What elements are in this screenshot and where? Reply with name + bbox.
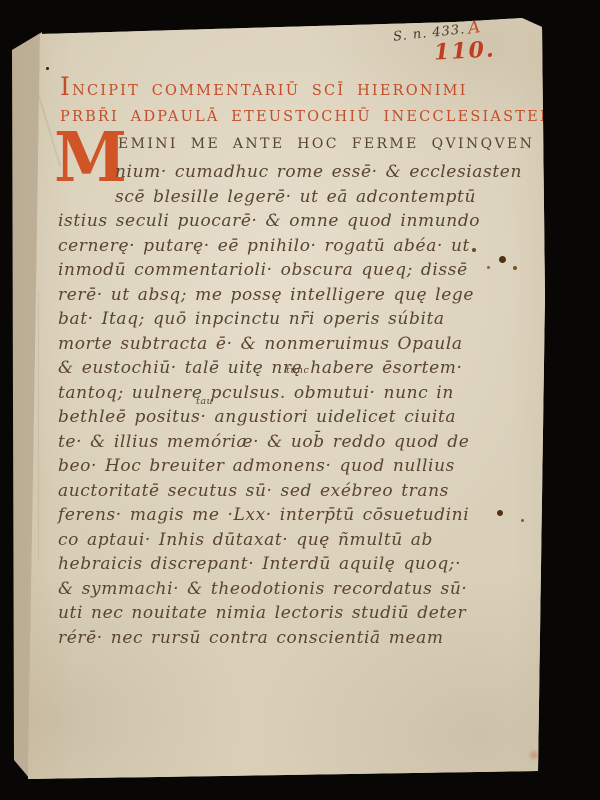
text-line: bethleē positus· angustiori uidelicet ci… [58, 405, 538, 430]
text-line: nium· cumadhuc rome essē· & ecclesiasten [58, 160, 538, 185]
interlinear-gloss: tunc [286, 366, 309, 376]
text-line: rerē· ut absq; me possę intelligere quę … [58, 283, 538, 308]
text-line: ferens· magis me ·Lxx· interp̄tū cōsuetu… [58, 503, 538, 528]
interlinear-gloss: tau [196, 397, 213, 407]
text-line: tantoq; uulnere pculsus. obmutui· nunc i… [58, 381, 538, 406]
body-text: nium· cumadhuc rome essē· & ecclesiasten… [58, 160, 538, 650]
corner-stain [528, 748, 540, 762]
text-line: morte subtracta ē· & nonmeruimus Opaula [58, 332, 538, 357]
gutter-line [38, 290, 39, 560]
parchment-leaf: S. n. 433. A 110. INCIPIT COMMENTARIŪ SC… [0, 0, 600, 800]
opening-capitals-line: EMINI ME ANTE HOC FERME QVINQVEN [118, 136, 534, 152]
speck-stain [46, 67, 49, 70]
text-line: te· & illius memóriæ· & uob̄ reddo quod … [58, 430, 538, 455]
manuscript-photo: S. n. 433. A 110. INCIPIT COMMENTARIŪ SC… [0, 0, 600, 800]
folio-number: 110. [433, 36, 496, 65]
text-line: & symmachi· & theodotionis recordatus sū… [58, 577, 538, 602]
text-line: hebraicis discrepant· Interdū aquilę quo… [58, 552, 538, 577]
text-line: rérē· nec rursū contra conscientiā meam [58, 626, 538, 651]
shelfmark-red-mark: A [467, 17, 482, 39]
text-line: beo· Hoc breuiter admonens· quod nullius [58, 454, 538, 479]
text-line: bat· Itaq; quō inpcinctu nr̄i operis súb… [58, 307, 538, 332]
rubric-line-2: PRBR̄I ADPAULĀ ETEUSTOCHIŪ INECCLESIASTE… [60, 109, 530, 125]
text-line: cernerę· putarę· eē pnihilo· rogatū abéa… [58, 234, 538, 259]
text-line: uti nec nouitate nimia lectoris studiū d… [58, 601, 538, 626]
text-line: scē blesille legerē· ut eā adcontemptū [58, 185, 538, 210]
rubric-line-1: INCIPIT COMMENTARIŪ SCĪ HIERONIMI [60, 83, 530, 99]
text-line: co aptaui· Inhis dūtaxat· quę ñmultū ab [58, 528, 538, 553]
text-line: auctoritatē secutus sū· sed exébreo tran… [58, 479, 538, 504]
text-line: istius seculi puocarē· & omne quod inmun… [58, 209, 538, 234]
text-line: inmodū commentarioli· obscura queq; diss… [58, 258, 538, 283]
